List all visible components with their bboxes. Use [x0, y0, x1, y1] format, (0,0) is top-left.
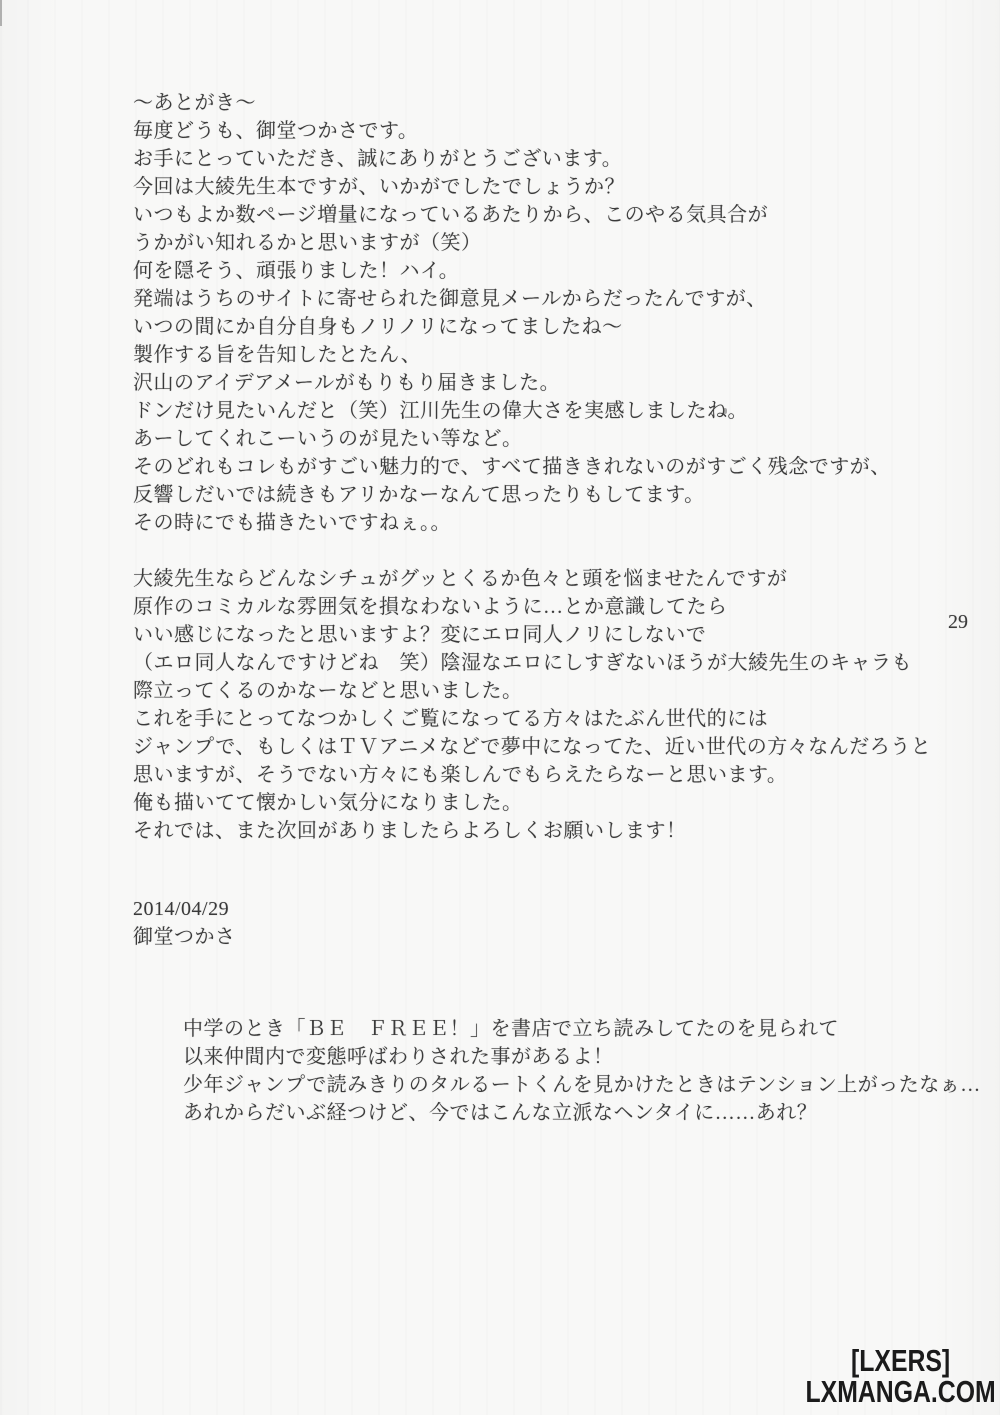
signature-block: 2014/04/29御堂つかさ — [133, 895, 981, 951]
watermark-group-name: [LXERS] — [806, 1345, 996, 1376]
text-line: お手にとっていただき、誠にありがとうございます。 — [133, 145, 981, 173]
postscript-block: 中学のとき「ＢＥ ＦＲＥＥ！」を書店で立ち読みしてたのを見られて以来仲間内で変態… — [183, 1015, 981, 1127]
text-line: うかがい知れるかと思いますが（笑） — [133, 229, 981, 257]
text-line: 反響しだいでは続きもアリかなーなんて思ったりもしてます。 — [133, 481, 981, 509]
text-line: 毎度どうも、御堂つかさです。 — [133, 117, 981, 145]
watermark-site-name: LXMANGA.COM — [806, 1376, 996, 1407]
text-line: あれからだいぶ経つけど、今ではこんな立派なヘンタイに……あれ？ — [183, 1099, 981, 1127]
text-line: いつの間にか自分自身もノリノリになってましたね～ — [133, 313, 981, 341]
text-line: 2014/04/29 — [133, 895, 981, 923]
scan-speck — [723, 408, 727, 414]
text-line: 大綾先生ならどんなシチュがグッとくるか色々と頭を悩ませたんですが — [133, 565, 981, 593]
text-line: 際立ってくるのかなーなどと思いました。 — [133, 677, 981, 705]
afterword-text: ～あとがき～毎度どうも、御堂つかさです。お手にとっていただき、誠にありがとうござ… — [133, 89, 981, 1127]
text-line: あーしてくれこーいうのが見たい等など。 — [133, 425, 981, 453]
text-line: 思いますが、そうでない方々にも楽しんでもらえたらなーと思います。 — [133, 761, 981, 789]
text-line: その時にでも描きたいですねぇ。。 — [133, 509, 981, 537]
text-line: （エロ同人なんですけどね 笑）陰湿なエロにしすぎないほうが大綾先生のキャラも — [133, 649, 981, 677]
text-line: 何を隠そう、頑張りました！ハイ。 — [133, 257, 981, 285]
text-line: 俺も描いてて懐かしい気分になりました。 — [133, 789, 981, 817]
text-line: 沢山のアイデアメールがもりもり届きました。 — [133, 369, 981, 397]
watermark: [LXERS] LXMANGA.COM — [806, 1345, 996, 1407]
page-number: 29 — [948, 611, 968, 634]
text-line: 今回は大綾先生本ですが、いかがでしたでしょうか？ — [133, 173, 981, 201]
text-line: 製作する旨を告知したとたん、 — [133, 341, 981, 369]
text-line: 発端はうちのサイトに寄せられた御意見メールからだったんですが、 — [133, 285, 981, 313]
scanned-afterword-page: ～あとがき～毎度どうも、御堂つかさです。お手にとっていただき、誠にありがとうござ… — [0, 0, 1000, 1415]
text-line: いつもよか数ページ増量になっているあたりから、このやる気具合が — [133, 201, 981, 229]
text-line: ドンだけ見たいんだと（笑）江川先生の偉大さを実感しましたね。 — [133, 397, 981, 425]
text-line: そのどれもコレもがすごい魅力的で、すべて描ききれないのがすごく残念ですが、 — [133, 453, 981, 481]
text-line: ～あとがき～ — [133, 89, 981, 117]
afterword-paragraph-second: 大綾先生ならどんなシチュがグッとくるか色々と頭を悩ませたんですが原作のコミカルな… — [133, 565, 981, 845]
text-line: いい感じになったと思いますよ？変にエロ同人ノリにしないで — [133, 621, 981, 649]
text-line: 少年ジャンプで読みきりのタルるートくんを見かけたときはテンション上がったなぁ… — [183, 1071, 981, 1099]
text-line: ジャンプで、もしくはＴＶアニメなどで夢中になってた、近い世代の方々なんだろうと — [133, 733, 981, 761]
text-line: それでは、また次回がありましたらよろしくお願いします！ — [133, 817, 981, 845]
text-line: 中学のとき「ＢＥ ＦＲＥＥ！」を書店で立ち読みしてたのを見られて — [183, 1015, 981, 1043]
text-line: これを手にとってなつかしくご覧になってる方々はたぶん世代的には — [133, 705, 981, 733]
text-line: 以来仲間内で変態呼ばわりされた事があるよ！ — [183, 1043, 981, 1071]
text-line: 御堂つかさ — [133, 923, 981, 951]
text-line: 原作のコミカルな雰囲気を損なわないように…とか意識してたら — [133, 593, 981, 621]
scan-edge-artifact — [0, 0, 2, 26]
afterword-paragraph-main: ～あとがき～毎度どうも、御堂つかさです。お手にとっていただき、誠にありがとうござ… — [133, 89, 981, 537]
